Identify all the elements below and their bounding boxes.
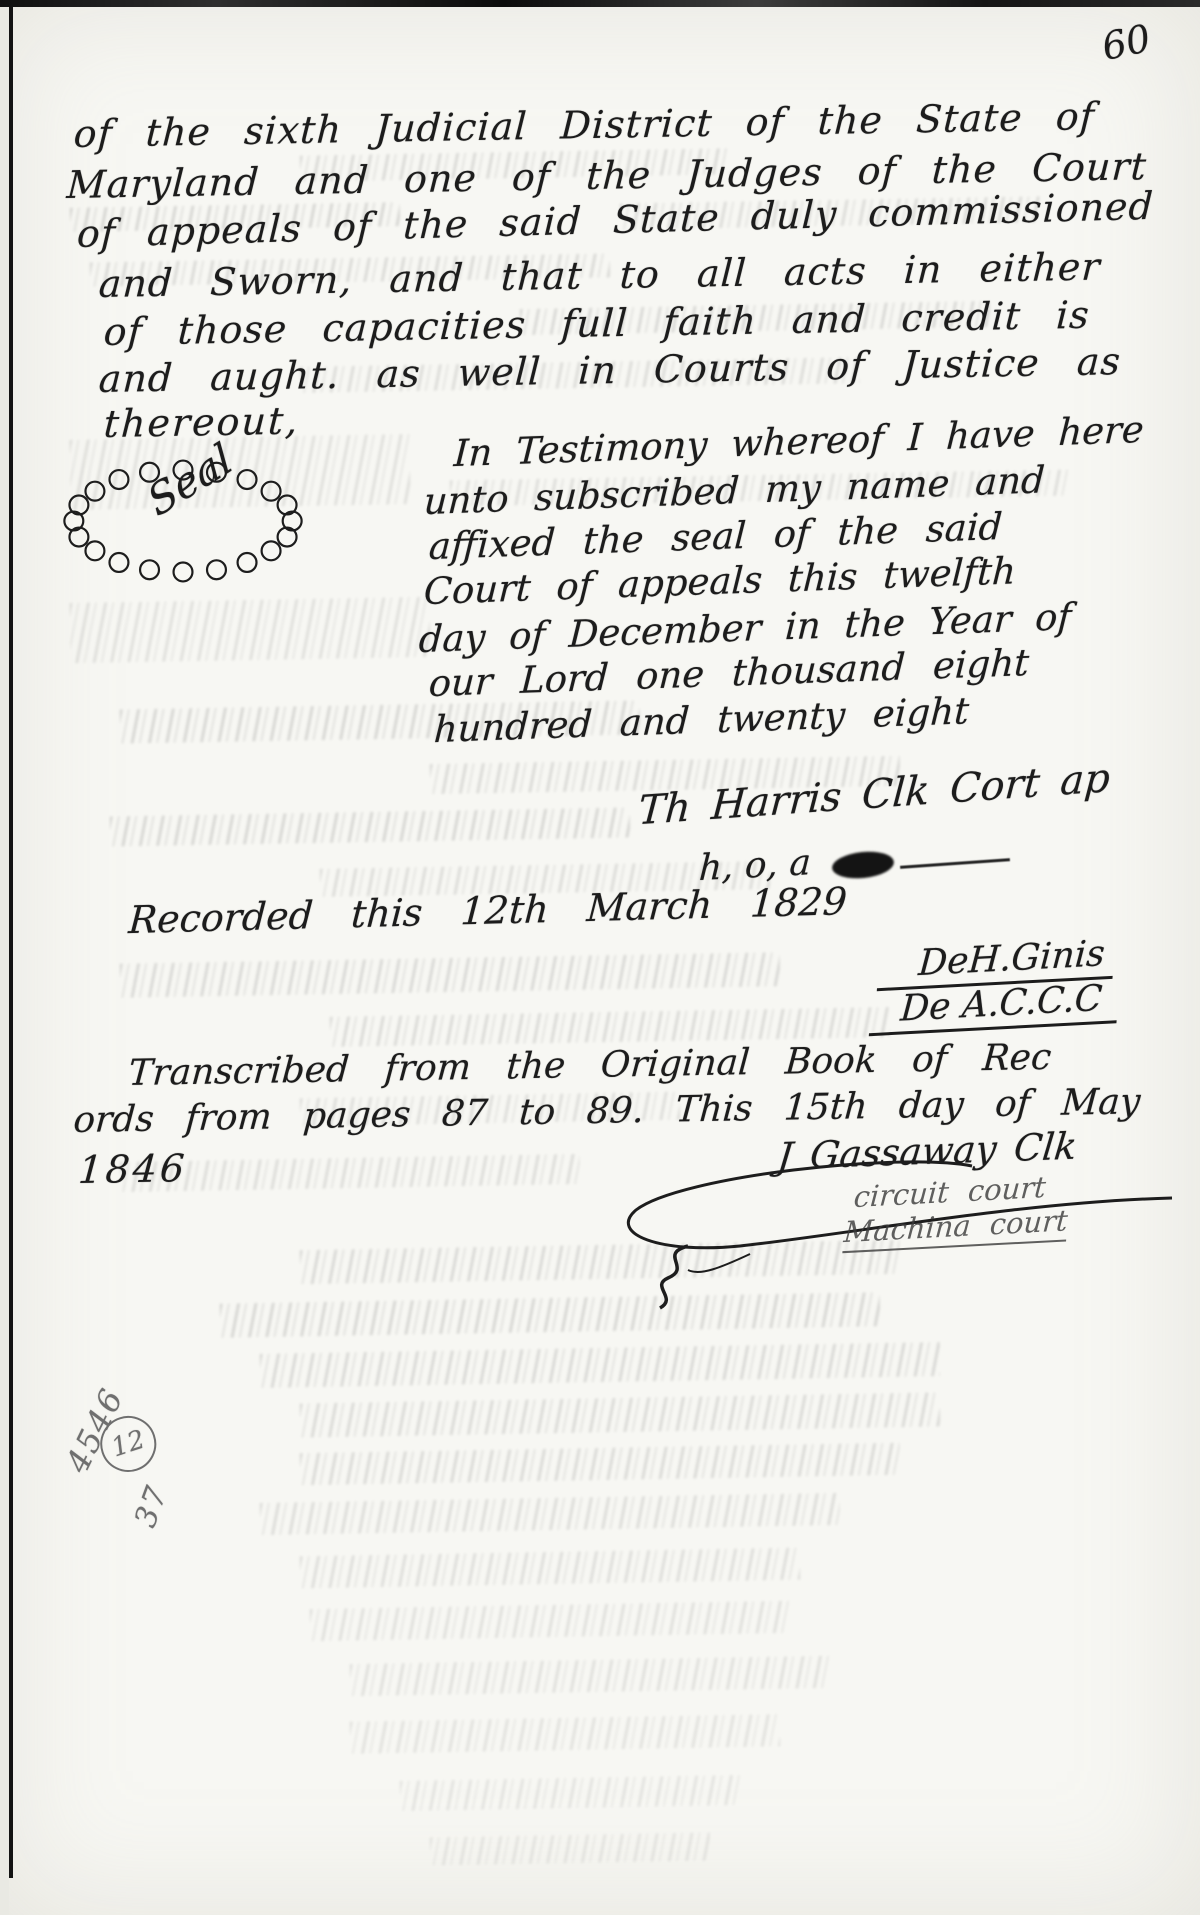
- bleedthrough-smudge: [300, 1443, 900, 1485]
- bleedthrough-smudge: [120, 1154, 580, 1192]
- pencil-circled-number-value: 12: [108, 1425, 149, 1464]
- seal: Seal: [52, 452, 314, 590]
- bleedthrough-smudge: [310, 1601, 790, 1641]
- ink-blot: [831, 849, 895, 881]
- bleedthrough-smudge: [220, 1292, 880, 1338]
- pencil-number-bottom: 37: [128, 1480, 175, 1532]
- bleedthrough-smudge: [260, 1493, 840, 1535]
- bleedthrough-smudge: [350, 1656, 830, 1696]
- scan-edge-top: [0, 0, 1200, 7]
- bleedthrough-smudge: [110, 807, 630, 846]
- scanned-document-page: 60 of the sixth Judicial District of the…: [0, 0, 1200, 1915]
- bleedthrough-smudge: [300, 1548, 800, 1589]
- ink-squiggle: [648, 1242, 708, 1312]
- clerk-signature: Th Harris Clk Cort ap: [637, 755, 1112, 834]
- recorded-line: Recorded this 12th March 1829: [127, 879, 848, 942]
- body-line-7: thereout,: [103, 399, 301, 446]
- scan-edge-left-shadow: [0, 0, 9, 1915]
- page-number: 60: [1098, 16, 1154, 69]
- bleedthrough-smudge: [430, 1833, 710, 1866]
- bleedthrough-smudge: [350, 1714, 780, 1753]
- ink-dash: [900, 858, 1010, 869]
- bleedthrough-smudge: [300, 1392, 940, 1437]
- bleedthrough-smudge: [120, 952, 780, 998]
- scan-edge-left-line: [9, 0, 13, 1878]
- bleedthrough-smudge: [400, 1775, 740, 1811]
- transcription-line-3: 1846: [77, 1146, 189, 1192]
- bleedthrough-smudge: [70, 597, 431, 663]
- bleedthrough-smudge: [260, 1342, 940, 1388]
